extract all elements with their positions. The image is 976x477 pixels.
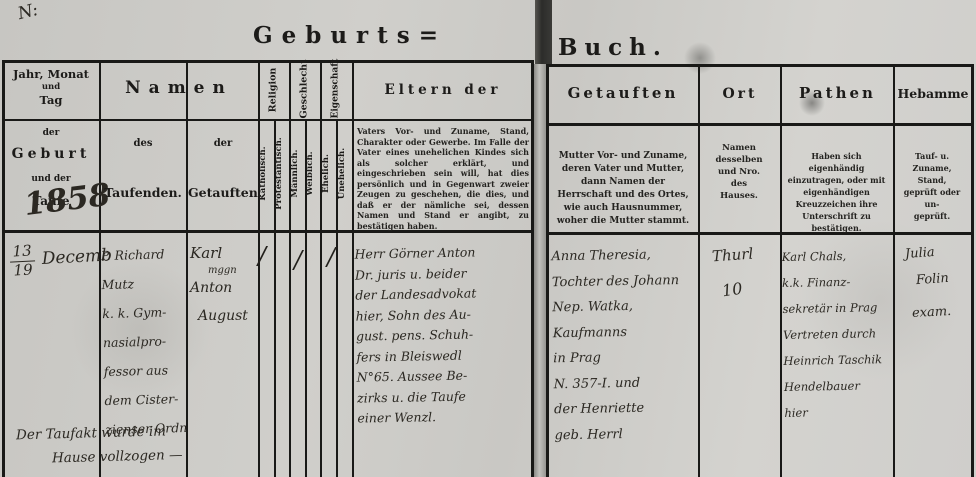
right-table-subheadline <box>546 232 973 235</box>
entry-vater: Herr Görner Anton Dr. juris u. beider de… <box>354 241 537 429</box>
right-table-right-border <box>971 64 974 477</box>
column-header-namen: Namen <box>100 78 258 98</box>
entry-getaufter-abbrev: mggn <box>208 265 256 276</box>
subheader-getauften: Getauften. <box>188 185 258 200</box>
right-table-headline <box>546 123 973 126</box>
book-spine-top <box>535 0 552 64</box>
subheader-des: des <box>100 138 186 149</box>
right-page-title: Buch. <box>558 34 688 61</box>
column-header-pathen: Pathen <box>782 84 893 102</box>
column-header-hebamme: Hebamme <box>895 86 971 101</box>
entry-ort-name: Thurl <box>711 245 753 266</box>
entry-date: 1319 Decemb <box>9 239 113 279</box>
subcol-katholisch: Katholisch. <box>258 121 269 226</box>
corner-mark: N: <box>16 0 40 24</box>
date-header-line3: Tag <box>6 94 96 107</box>
register-scan-page: N: Geburts= Buch. Jahr, Monat und Tag Na… <box>0 0 976 477</box>
column-header-ort: Ort <box>700 86 780 102</box>
hebamme-fine-print: Tauf- u. Zuname, Stand, geprüft oder un-… <box>896 150 968 222</box>
subcol-protestantisch: Protestantisch. <box>274 121 285 226</box>
pathen-fine-print: Haben sich eigenhändig einzutragen, oder… <box>784 150 889 234</box>
ort-fine-print: Namen desselben und Nro. des Hauses. <box>702 142 776 202</box>
entry-getaufter-name3: August <box>198 308 256 324</box>
entry-date-fraction: 1319 <box>9 243 36 279</box>
column-header-religion: Religion <box>268 62 280 119</box>
date-header-line1: Jahr, Monat <box>6 68 96 81</box>
entry-ort-number: 10 <box>721 279 744 301</box>
entry-mutter: Anna Theresia, Tochter des Johann Nep. W… <box>551 242 700 448</box>
entry-getaufter-name2: Anton <box>190 280 256 296</box>
subheader-getauften-cell: der Getauften. <box>188 138 258 200</box>
column-header-eltern: Eltern der <box>354 82 532 98</box>
tally-mark-katholisch: / <box>258 242 266 270</box>
entry-hebamme-firstname: Julia <box>905 245 936 262</box>
subheader-geburt: Geburt <box>6 146 96 162</box>
subheader-der: der <box>6 128 96 138</box>
left-page-title: Geburts= <box>210 22 490 49</box>
column-header-date: Jahr, Monat und Tag <box>6 68 96 107</box>
entry-taufender: P. Richard Mutz k. k. Gym- nasialpro- fe… <box>100 239 189 444</box>
subcol-maennlich: Männlich. <box>290 121 301 226</box>
subheader-der2: der <box>188 138 258 149</box>
entry-pathen: Karl Chals, k.k. Finanz- sekretär in Pra… <box>781 242 894 426</box>
left-col-divider-6 <box>352 60 354 477</box>
subcol-unehelich: Unehelich. <box>337 121 348 226</box>
entry-getaufter: Karl mggn Anton August <box>190 244 256 324</box>
column-header-getauften: Getauften <box>548 84 698 102</box>
tally-mark-ehelich: / <box>327 243 335 271</box>
right-table-top-border <box>546 64 973 67</box>
tally-mark-maennlich: / <box>294 246 302 274</box>
subcol-ehelich: Ehelich. <box>321 121 332 226</box>
subheader-taufenden-cell: des Taufenden. <box>100 138 186 200</box>
entry-hebamme-lastname: Folin <box>916 271 950 288</box>
entry-getaufter-name1: Karl <box>190 244 256 262</box>
left-table-left-border <box>2 60 5 477</box>
column-header-eigenschaft: Eigenschaft <box>331 62 343 119</box>
column-header-geschlecht: Geschlecht <box>299 62 311 119</box>
entry-day-lower: 19 <box>10 261 36 279</box>
eltern-fine-print: Vaters Vor- und Zuname, Stand, Charakter… <box>357 126 529 231</box>
mutter-fine-print: Mutter Vor- und Zuname, deren Vater und … <box>554 150 692 228</box>
subcol-weiblich: Weiblich. <box>305 121 316 226</box>
right-table-left-border <box>546 64 549 477</box>
entry-hebamme-exam: exam. <box>912 304 952 321</box>
subheader-taufenden: Taufenden. <box>100 185 186 200</box>
